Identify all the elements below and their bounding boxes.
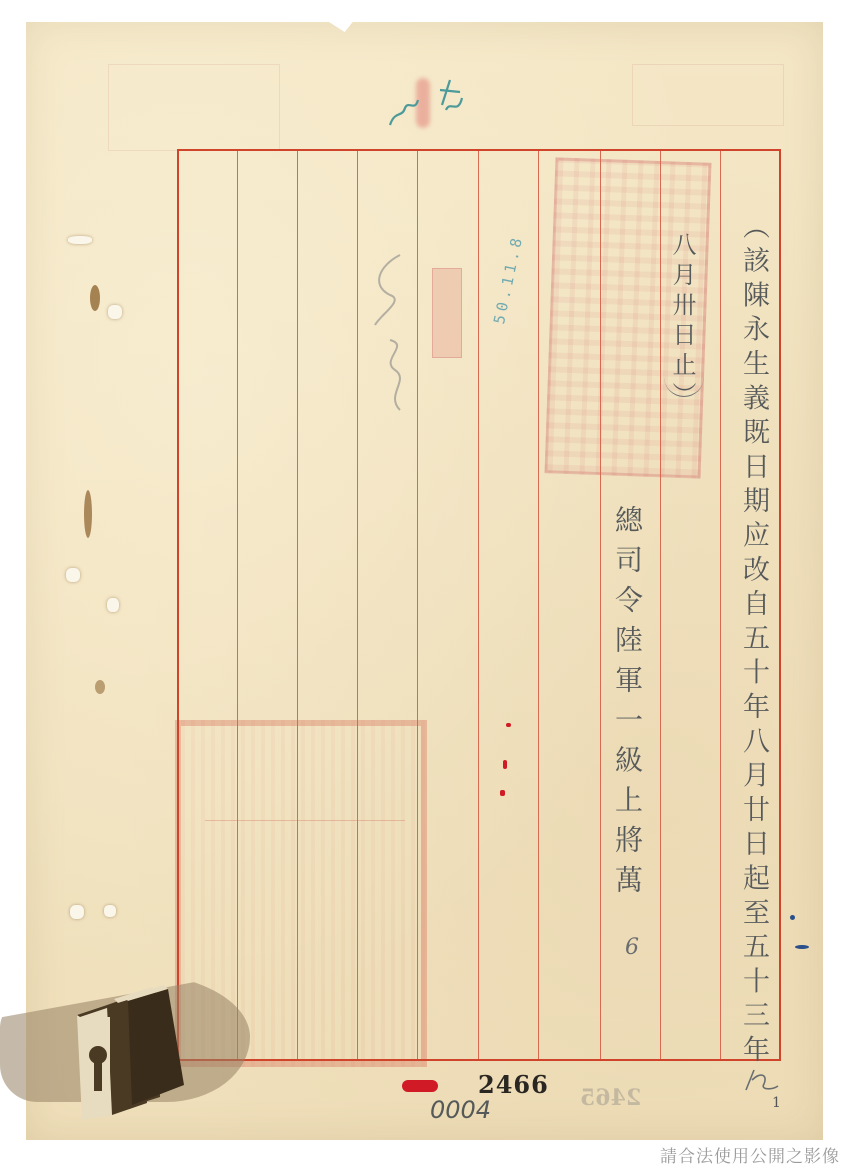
handwritten-page-number: 0004 (430, 1096, 491, 1124)
paper-tear-left (68, 236, 92, 244)
punch-hole (104, 905, 116, 917)
punch-hole (107, 598, 119, 612)
red-ink-blot (402, 1080, 438, 1092)
ink-speck (795, 945, 809, 949)
punch-hole (66, 568, 80, 582)
rust-stain (95, 680, 105, 694)
addressee-column: 總司令陸軍一級上將萬 (613, 505, 641, 905)
rust-stain (90, 285, 100, 311)
rust-stain (84, 490, 92, 538)
red-ink-drop (506, 723, 511, 727)
usage-watermark: 請合法使用公開之影像 (660, 1142, 840, 1167)
red-ink-drop (503, 760, 507, 769)
punch-hole (70, 905, 84, 919)
punch-hole (108, 305, 122, 319)
stamped-number: 2466 (478, 1070, 549, 1099)
main-text-column: （該陳永生義既日期应改自五十年八月廿日起至五十三年 (740, 212, 767, 1070)
column-rule (478, 151, 479, 1059)
red-ink-drop (500, 790, 505, 796)
column-rule (720, 151, 721, 1059)
column-rule (538, 151, 539, 1059)
archive-logo-books-icon (72, 985, 192, 1120)
ghost-header-box-right (632, 64, 784, 126)
ink-speck (790, 915, 795, 920)
column-rule (237, 151, 238, 1059)
date-note-column: 八月卅日止） (670, 232, 694, 412)
ghost-header-box-left (108, 64, 280, 151)
column-rule (297, 151, 298, 1059)
column-rule (357, 151, 358, 1059)
column-rule (600, 151, 601, 1059)
column-rule (417, 151, 418, 1059)
margin-mark: 6 (625, 935, 639, 960)
reversed-bleed-number: 2465 (580, 1085, 641, 1111)
blue-pencil-mark (380, 70, 470, 140)
column-rule (660, 151, 661, 1059)
initials-scribble (742, 1066, 782, 1094)
corner-number: 1 (772, 1095, 781, 1111)
